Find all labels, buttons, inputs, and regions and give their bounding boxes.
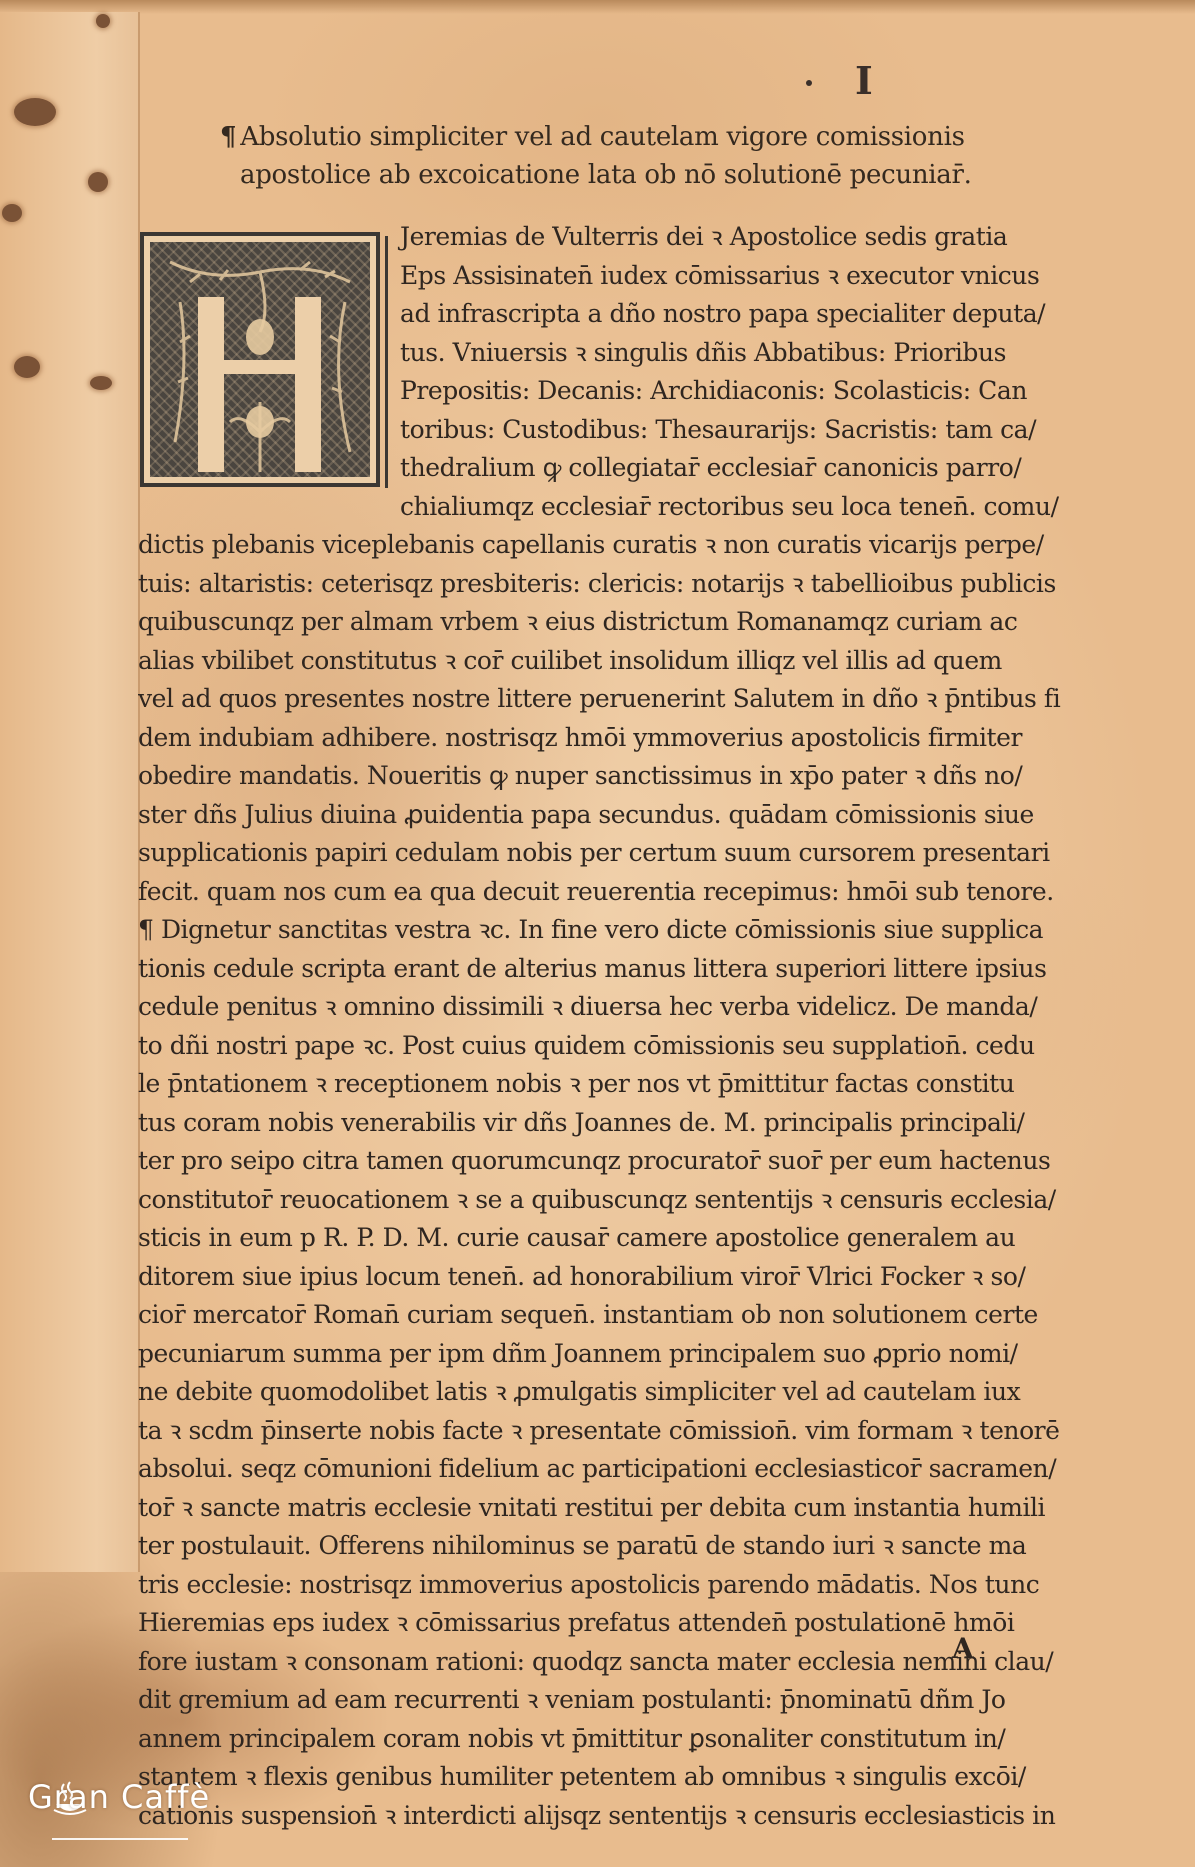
body-line: cedule penitus ꝛ omnino dissimili ꝛ diue…: [138, 988, 1068, 1027]
body-line: toribus: Custodibus: Thesaurarijs: Sacri…: [138, 411, 1068, 450]
body-line: tris ecclesie: nostrisqz immoverius apos…: [138, 1566, 1068, 1605]
folio-number: I: [855, 58, 873, 103]
body-line: ter postulauit. Offerens nihilominus se …: [138, 1527, 1068, 1566]
body-line: fore iustam ꝛ consonam rationi: quodqz s…: [138, 1643, 1068, 1682]
body-line: quibuscunqz per almam vrbem ꝛ eius distr…: [138, 603, 1068, 642]
catchword: A: [952, 1632, 974, 1665]
body-line: dit gremium ad eam recurrenti ꝛ veniam p…: [138, 1681, 1068, 1720]
body-line: ter pro seipo citra tamen quorumcunqz pr…: [138, 1142, 1068, 1181]
body-line: ster dñs Julius diuina ꝓuidentia papa se…: [138, 796, 1068, 835]
body-line: constitutor̄ reuocationem ꝛ se a quibusc…: [138, 1181, 1068, 1220]
wormhole: [14, 98, 56, 126]
body-line: Eps Assisinaten̄ iudex cōmissarius ꝛ exe…: [138, 257, 1068, 296]
body-line: chialiumqz ecclesiar̄ rectoribus seu loc…: [138, 488, 1068, 527]
watermark-underline: [52, 1838, 188, 1840]
body-line: ad infrascripta a dño nostro papa specia…: [138, 295, 1068, 334]
body-line: dictis plebanis viceplebanis capellanis …: [138, 526, 1068, 565]
binding-strip: [0, 12, 140, 1572]
wormhole: [2, 204, 22, 222]
body-line: thedralium ꝙ collegiatar̄ ecclesiar̄ can…: [138, 449, 1068, 488]
body-line: le p̄ntationem ꝛ receptionem nobis ꝛ per…: [138, 1065, 1068, 1104]
body-line: obedire mandatis. Noueritis ꝙ nuper sanc…: [138, 757, 1068, 796]
body-line: tuis: altaristis: ceterisqz presbiteris:…: [138, 565, 1068, 604]
body-line: ditorem siue ipius locum tenen̄. ad hono…: [138, 1258, 1068, 1297]
body-line: dem indubiam adhibere. nostrisqz hmōi ym…: [138, 719, 1068, 758]
page-top-edge: [0, 0, 1195, 14]
pilcrow-icon: ¶: [220, 122, 236, 152]
body-line: ne debite quomodolibet latis ꝛ ꝓmulgatis…: [138, 1373, 1068, 1412]
parchment-page: I ¶Absolutio simpliciter vel ad cautelam…: [0, 0, 1195, 1867]
heading-line: ¶Absolutio simpliciter vel ad cautelam v…: [220, 118, 1000, 156]
body-line: absolui. seqz cōmunioni fidelium ac part…: [138, 1450, 1068, 1489]
body-line: tionis cedule scripta erant de alterius …: [138, 950, 1068, 989]
body-line: tus coram nobis venerabilis vir dñs Joan…: [138, 1104, 1068, 1143]
body-line: cior̄ mercator̄ Roman̄ curiam sequen̄. i…: [138, 1296, 1068, 1335]
wormhole: [96, 14, 110, 28]
body-line: alias vbilibet constitutus ꝛ cor̄ cuilib…: [138, 642, 1068, 681]
body-line: sticis in eum p R. P. D. M. curie causar…: [138, 1219, 1068, 1258]
wormhole: [90, 376, 112, 390]
body-line: supplicationis papiri cedulam nobis per …: [138, 834, 1068, 873]
body-line: Prepositis: Decanis: Archidiaconis: Scol…: [138, 372, 1068, 411]
body-line: tus. Vniuersis ꝛ singulis dñis Abbatibus…: [138, 334, 1068, 373]
body-line: cationis suspension̄ ꝛ interdicti alijsq…: [138, 1797, 1068, 1836]
watermark-brand: Gran Caffè: [28, 1778, 210, 1816]
document-heading: ¶Absolutio simpliciter vel ad cautelam v…: [220, 118, 1000, 194]
body-line: fecit. quam nos cum ea qua decuit reuere…: [138, 873, 1068, 912]
wormhole: [14, 356, 40, 378]
body-line: ¶ Dignetur sanctitas vestra ꝛc. In fine …: [138, 911, 1068, 950]
body-line: stantem ꝛ flexis genibus humiliter peten…: [138, 1758, 1068, 1797]
body-line: pecuniarum summa per ipm dñm Joannem pri…: [138, 1335, 1068, 1374]
body-line: tor̄ ꝛ sancte matris ecclesie vnitati re…: [138, 1489, 1068, 1528]
body-line: annem principalem coram nobis vt p̄mitti…: [138, 1720, 1068, 1759]
body-line: vel ad quos presentes nostre littere per…: [138, 680, 1068, 719]
body-line: ta ꝛ scdm p̄inserte nobis facte ꝛ presen…: [138, 1412, 1068, 1451]
heading-line: apostolice ab excoicatione lata ob nō so…: [220, 156, 1000, 194]
wormhole: [88, 172, 108, 192]
document-body: Jeremias de Vulterris dei ꝛ Apostolice s…: [138, 218, 1068, 1835]
folio-dot: [806, 80, 812, 86]
body-line: Jeremias de Vulterris dei ꝛ Apostolice s…: [138, 218, 1068, 257]
body-line: Hieremias eps iudex ꝛ cōmissarius prefat…: [138, 1604, 1068, 1643]
body-line: to dñi nostri pape ꝛc. Post cuius quidem…: [138, 1027, 1068, 1066]
